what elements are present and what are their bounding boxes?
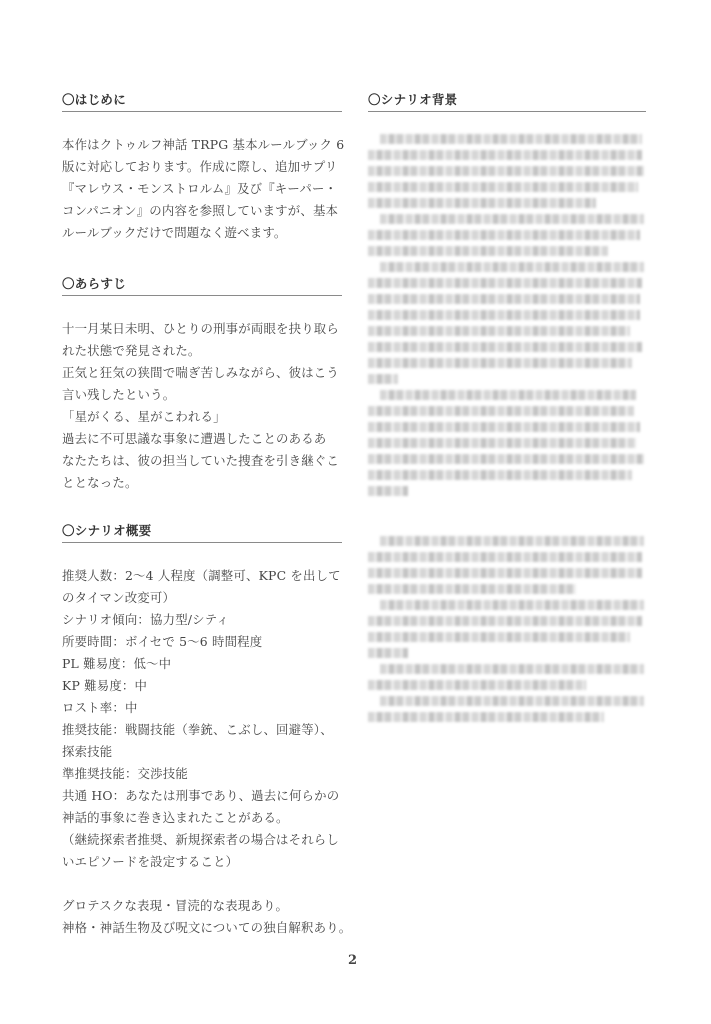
text-line: PL 難易度：低～中	[62, 653, 342, 675]
section-overview: 〇シナリオ概要 推奨人数：2～4 人程度（調整可、KPC を出して のタイマン改…	[62, 523, 342, 939]
content-warning: 神格・神話生物及び呪文についての独自解釈あり。	[62, 917, 342, 939]
section-background: 〇シナリオ背景	[368, 92, 646, 728]
section-heading-overview: 〇シナリオ概要	[62, 523, 342, 543]
text-line: コンパニオン』の内容を参照していますが、基本	[62, 200, 342, 222]
text-line: 所要時間：ボイセで 5～6 時間程度	[62, 631, 342, 653]
text-line: 言い残したという。	[62, 384, 342, 406]
text-line: 本作はクトゥルフ神話 TRPG 基本ルールブック 6	[62, 134, 342, 156]
text-line: 探索技能	[62, 741, 342, 763]
text-line: 共通 HO：あなたは刑事であり、過去に何らかの	[62, 785, 342, 807]
text-line: ととなった。	[62, 472, 342, 494]
text-line: 過去に不可思議な事象に遭遇したことのあるあ	[62, 428, 342, 450]
spacer	[62, 873, 342, 895]
text-line: 正気と狂気の狭間で喘ぎ苦しみながら、彼はこう	[62, 362, 342, 384]
text-line: 版に対応しております。作成に際し、追加サプリ	[62, 156, 342, 178]
text-line: 推奨人数：2～4 人程度（調整可、KPC を出して	[62, 565, 342, 587]
section-synopsis: 〇あらすじ 十一月某日未明、ひとりの刑事が両眼を抉り取ら れた状態で発見された。…	[62, 276, 342, 494]
text-line: ルールブックだけで問題なく遊べます。	[62, 222, 342, 244]
section-intro: 〇はじめに 本作はクトゥルフ神話 TRPG 基本ルールブック 6 版に対応してお…	[62, 92, 342, 244]
text-line: 推奨技能：戦闘技能（拳銃、こぶし、回避等）、	[62, 719, 342, 741]
text-line: のタイマン改変可）	[62, 587, 342, 609]
intro-body: 本作はクトゥルフ神話 TRPG 基本ルールブック 6 版に対応しております。作成…	[62, 134, 342, 244]
text-line: 神話的事象に巻き込まれたことがある。	[62, 807, 342, 829]
text-line: なたたちは、彼の担当していた捜査を引き継ぐこ	[62, 450, 342, 472]
text-line: （継続探索者推奨、新規探索者の場合はそれらし	[62, 829, 342, 851]
text-line: 「星がくる、星がこわれる」	[62, 406, 342, 428]
section-heading-synopsis: 〇あらすじ	[62, 276, 342, 296]
text-line: 『マレウス・モンストロルム』及び『キーパー・	[62, 178, 342, 200]
overview-body: 推奨人数：2～4 人程度（調整可、KPC を出して のタイマン改変可） シナリオ…	[62, 565, 342, 939]
section-heading-background: 〇シナリオ背景	[368, 92, 646, 112]
text-line: シナリオ傾向：協力型/シティ	[62, 609, 342, 631]
text-line: KP 難易度：中	[62, 675, 342, 697]
synopsis-body: 十一月某日未明、ひとりの刑事が両眼を抉り取ら れた状態で発見された。 正気と狂気…	[62, 318, 342, 494]
text-line: れた状態で発見された。	[62, 340, 342, 362]
obscured-body-text	[368, 134, 646, 722]
section-heading-intro: 〇はじめに	[62, 92, 342, 112]
text-line: 十一月某日未明、ひとりの刑事が両眼を抉り取ら	[62, 318, 342, 340]
page-number: 2	[348, 953, 357, 968]
content-warning: グロテスクな表現・冒涜的な表現あり。	[62, 895, 342, 917]
text-line: ロスト率：中	[62, 697, 342, 719]
text-line: 準推奨技能：交渉技能	[62, 763, 342, 785]
text-line: いエピソードを設定すること）	[62, 851, 342, 873]
